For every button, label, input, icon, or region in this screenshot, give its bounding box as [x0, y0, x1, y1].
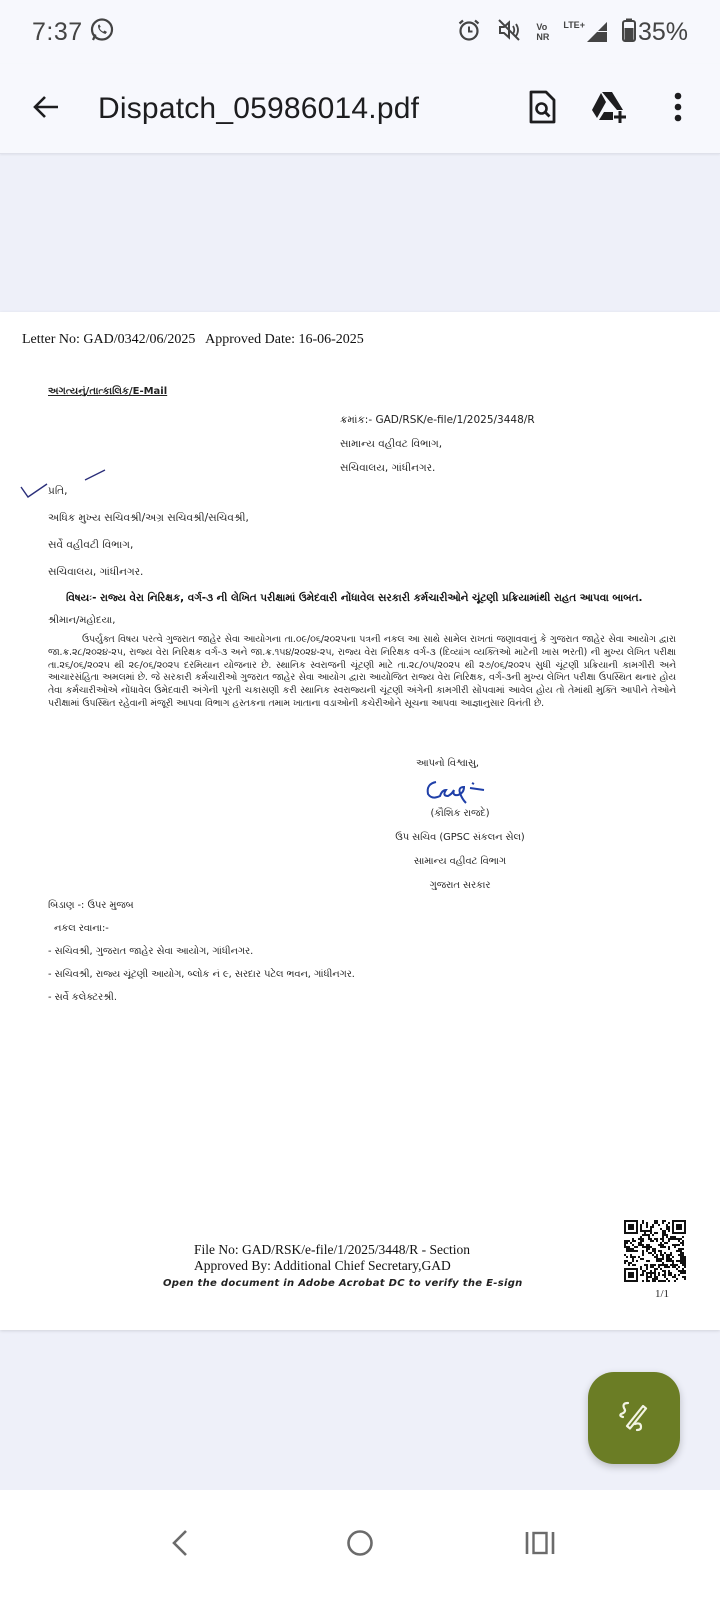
find-in-document-button[interactable]: [520, 87, 564, 131]
signatory-name: (કૌશિક રાજદે): [360, 802, 560, 826]
battery-percent: 35%: [638, 18, 688, 47]
pdf-page[interactable]: Letter No: GAD/0342/06/2025 Approved Dat…: [0, 312, 720, 1330]
urgent-label: અગત્યનું/તાત્કાલિક/E-Mail: [48, 386, 167, 397]
addressee-line: સર્વે વહીવટી વિભાગ,: [48, 532, 249, 559]
back-arrow-icon: [31, 92, 61, 126]
copy-to-item: - સચિવશ્રી, રાજ્ય ચૂંટણી આયોગ, બ્લોક નં …: [48, 963, 355, 986]
more-vert-icon: [674, 92, 682, 126]
signal-icon: LTE+: [563, 20, 608, 44]
addressee-line: અધિક મુખ્ય સચિવશ્રી/અગ્ર સચિવશ્રી/સચિવશ્…: [48, 505, 249, 532]
reference-number: ક્રમાંક:- GAD/RSK/e-file/1/2025/3448/R: [340, 408, 535, 432]
enclosure: બિડાણ -: ઉપર મુજબ: [48, 894, 355, 917]
letter-number: Letter No: GAD/0342/06/2025 Approved Dat…: [22, 332, 364, 348]
footer-block: File No: GAD/RSK/e-file/1/2025/3448/R - …: [194, 1242, 470, 1274]
reference-location: સચિવાલય, ગાંધીનગર.: [340, 456, 535, 480]
addressee-block: પ્રતિ, અધિક મુખ્ય સચિવશ્રી/અગ્ર સચિવશ્રી…: [48, 478, 249, 586]
status-time: 7:37: [32, 18, 83, 47]
annotate-button[interactable]: [588, 1372, 680, 1464]
addressee-prefix: પ્રતિ,: [48, 478, 249, 505]
nav-recents-icon: [525, 1530, 555, 1560]
nav-back-icon: [170, 1528, 190, 1562]
find-in-document-icon: [528, 90, 556, 128]
body-paragraph: ઉપર્યુક્ત વિષય પરત્વે ગુજરાત જાહેર સેવા …: [48, 634, 676, 711]
save-to-drive-icon: [591, 90, 629, 128]
nav-home-button[interactable]: [320, 1505, 400, 1585]
signatory-designation: ઉપ સચિવ (GPSC સંકલન સેલ): [360, 826, 560, 850]
nav-home-icon: [345, 1528, 375, 1562]
signatory-department: સામાન્ય વહીવટ વિભાગ: [360, 850, 560, 874]
page-number: 1/1: [655, 1288, 669, 1300]
nav-back-button[interactable]: [140, 1505, 220, 1585]
whatsapp-icon: [89, 17, 115, 47]
subject-line: વિષયઃ- રાજ્ય વેરા નિરિક્ષક, વર્ગ-૩ ની લે…: [66, 592, 642, 605]
closing: આપનો વિશ્વાસુ,: [416, 758, 479, 769]
document-title: Dispatch_05986014.pdf: [98, 92, 419, 126]
app-bar: Dispatch_05986014.pdf: [0, 64, 720, 154]
copy-to-label: નકલ રવાના:-: [48, 917, 355, 940]
reference-block: ક્રમાંક:- GAD/RSK/e-file/1/2025/3448/R સ…: [340, 408, 535, 480]
nav-recents-button[interactable]: [500, 1505, 580, 1585]
annotate-pen-icon: [617, 1399, 651, 1437]
mute-icon: [496, 17, 522, 47]
enclosure-block: બિડાણ -: ઉપર મુજબ નકલ રવાના:- - સચિવશ્રી…: [48, 894, 355, 1009]
more-options-button[interactable]: [656, 87, 700, 131]
save-to-drive-button[interactable]: [588, 87, 632, 131]
signatory-block: (કૌશિક રાજદે) ઉપ સચિવ (GPSC સંકલન સેલ) સ…: [360, 802, 560, 898]
footer-verify-note: Open the document in Adobe Acrobat DC to…: [163, 1278, 523, 1289]
battery-status: 35%: [622, 18, 688, 47]
system-navigation-bar: [0, 1490, 720, 1600]
salutation: શ્રીમાન/મહોદયા,: [48, 615, 115, 626]
signatory-government: ગુજરાત સરકાર: [360, 874, 560, 898]
copy-to-item: - સર્વે કલેક્ટરશ્રી.: [48, 986, 355, 1009]
qr-code-icon: [624, 1220, 686, 1282]
reference-department: સામાન્ય વહીવટ વિભાગ,: [340, 432, 535, 456]
battery-icon: [622, 18, 636, 46]
checkmark-annotation: [20, 482, 48, 504]
footer-approved-by: Approved By: Additional Chief Secretary,…: [194, 1258, 470, 1274]
footer-file-number: File No: GAD/RSK/e-file/1/2025/3448/R - …: [194, 1242, 470, 1258]
back-button[interactable]: [22, 85, 70, 133]
addressee-line: સચિવાલય, ગાંધીનગર.: [48, 559, 249, 586]
alarm-icon: [456, 17, 482, 47]
copy-to-item: - સચિવશ્રી, ગુજરાત જાહેર સેવા આયોગ, ગાંધ…: [48, 940, 355, 963]
status-bar: 7:37 Vo NR LTE+ 35%: [0, 0, 720, 64]
volte-icon: Vo NR: [536, 22, 549, 42]
